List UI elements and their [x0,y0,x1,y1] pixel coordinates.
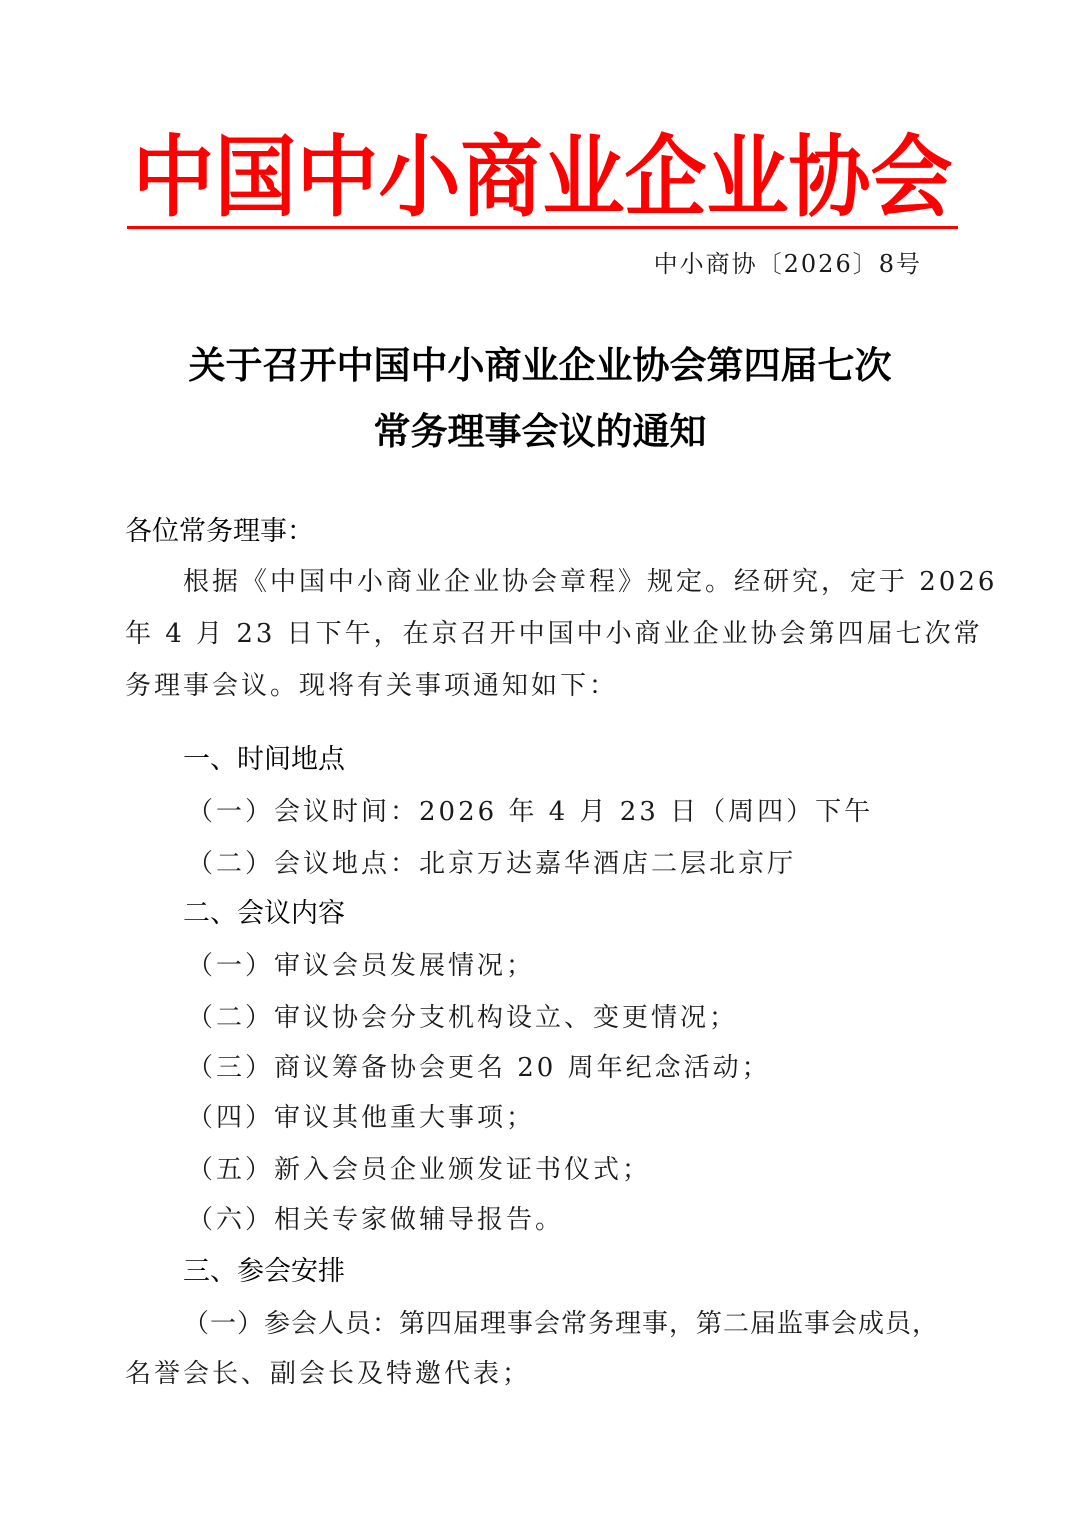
intro-paragraph-line-2: 年 4 月 23 日下午，在京召开中国中小商业企业协会第四届七次常 [125,616,983,652]
document-number: 中小商协〔2026〕8号 [654,248,922,280]
salutation: 各位常务理事： [125,514,314,550]
red-divider-line [127,226,958,229]
list-item: （五）新入会员企业颁发证书仪式； [187,1152,651,1188]
notice-title-line-2: 常务理事会议的通知 [0,408,1080,456]
list-item-attendees-continued: 名誉会长、副会长及特邀代表； [125,1356,531,1392]
organization-masthead: 中国中小商业企业协会 [120,128,965,227]
intro-paragraph-line-3: 务理事会议。现将有关事项通知如下： [125,668,618,704]
list-item: （三）商议筹备协会更名 20 周年纪念活动； [187,1050,771,1086]
list-item: （一）审议会员发展情况； [187,948,535,984]
notice-title-line-1: 关于召开中国中小商业企业协会第四届七次 [0,342,1080,390]
intro-paragraph-line-1: 根据《中国中小商业企业协会章程》规定。经研究，定于 2026 [183,564,997,600]
list-item: （四）审议其他重大事项； [187,1100,535,1136]
list-item: （二）审议协会分支机构设立、变更情况； [187,1000,738,1036]
section-heading-meeting-content: 二、会议内容 [183,896,345,932]
list-item: （六）相关专家做辅导报告。 [187,1202,564,1238]
list-item-attendees: （一）参会人员：第四届理事会常务理事，第二届监事会成员， [183,1306,939,1342]
list-item-meeting-time: （一）会议时间：2026 年 4 月 23 日（周四）下午 [187,794,873,830]
section-heading-attendance: 三、参会安排 [183,1254,345,1290]
section-heading-time-location: 一、时间地点 [183,742,345,778]
list-item-meeting-location: （二）会议地点：北京万达嘉华酒店二层北京厅 [187,846,796,882]
